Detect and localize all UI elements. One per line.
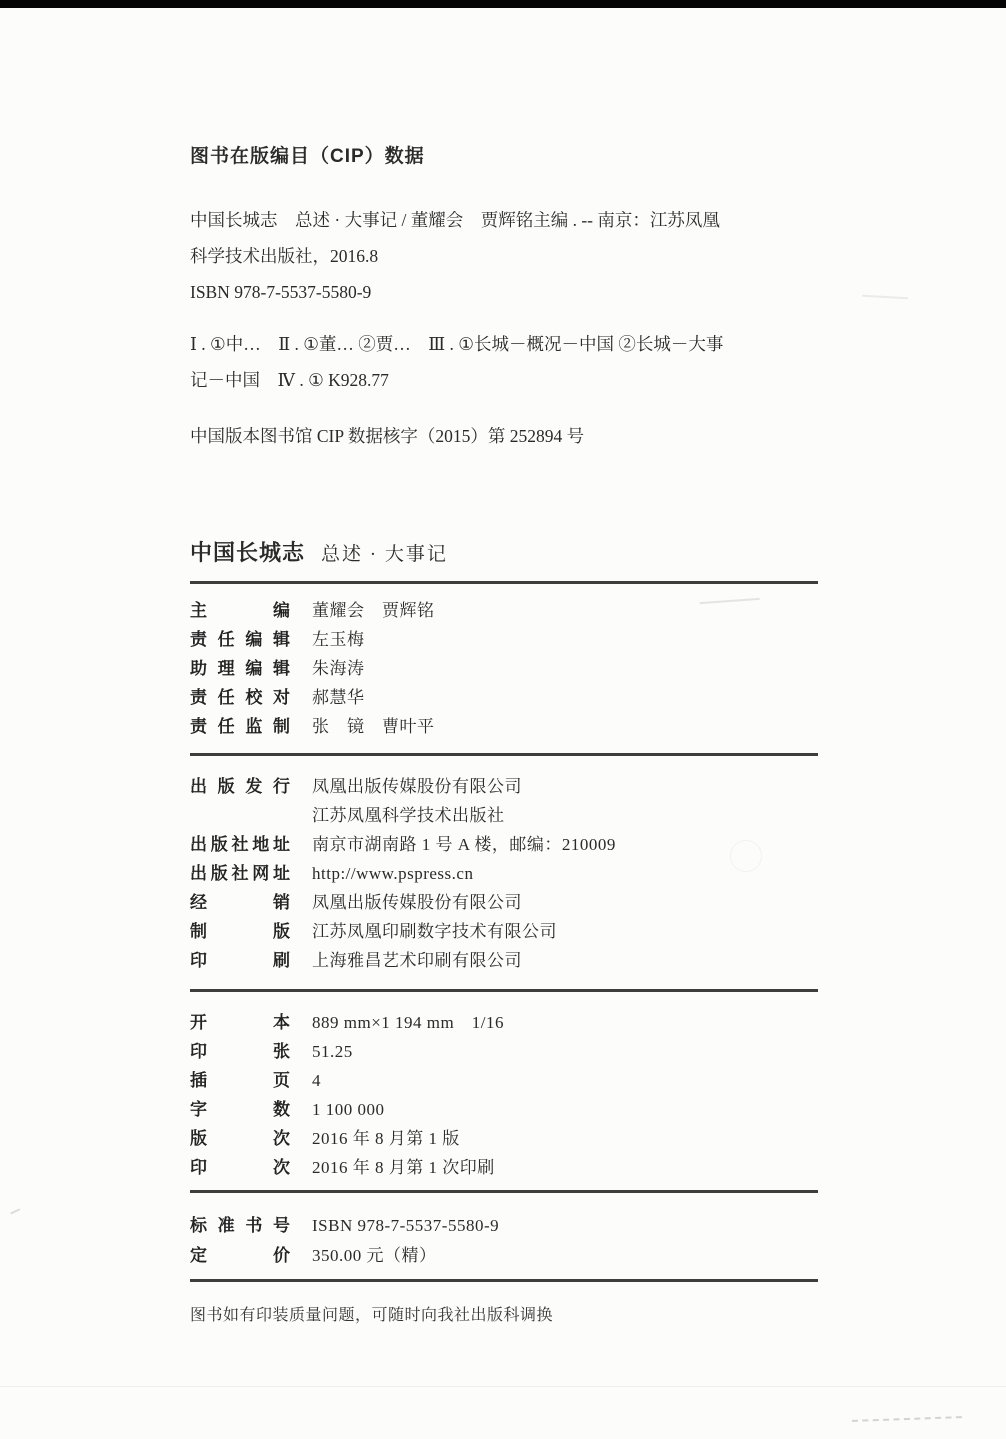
row-value: 2016 年 8 月第 1 次印刷 — [312, 1153, 495, 1182]
book-subtitle: 总述 · 大事记 — [321, 544, 448, 565]
cip-heading: 图书在版编目（CIP）数据 — [190, 141, 820, 168]
cip-description-line-2: 科学技术出版社，2016.8 — [190, 238, 820, 274]
row-label: 印次 — [190, 1153, 290, 1182]
row-value: 2016 年 8 月第 1 版 — [312, 1124, 460, 1153]
divider-rule — [190, 1279, 818, 1282]
row-value publisher-url: http://www.pspress.cn — [312, 859, 473, 888]
scan-artifact — [10, 1208, 23, 1221]
row-label: 标准书号 — [190, 1211, 290, 1241]
scan-artifact — [852, 1416, 962, 1427]
row-label: 经销 — [190, 888, 290, 917]
issue-row: 定价 350.00 元（精） — [190, 1241, 820, 1271]
row-value: 4 — [312, 1066, 321, 1095]
format-row: 印张 51.25 — [190, 1037, 820, 1066]
row-label: 字数 — [190, 1095, 290, 1124]
row-label: 出版发行 — [190, 772, 290, 801]
scan-artifact — [862, 295, 908, 305]
publisher-line-2: 江苏凤凰科学技术出版社 — [312, 801, 522, 830]
publishing-section: 出版发行 凤凰出版传媒股份有限公司 江苏凤凰科学技术出版社 出版社地址 南京市湖… — [190, 772, 820, 975]
publishing-row: 制版 江苏凤凰印刷数字技术有限公司 — [190, 917, 820, 946]
format-row: 插页 4 — [190, 1066, 820, 1095]
publishing-row: 印刷 上海雅昌艺术印刷有限公司 — [190, 946, 820, 975]
cip-classification-line-1: Ⅰ . ①中… Ⅱ . ①董… ②贾… Ⅲ . ①长城－概况－中国 ②长城－大事 — [190, 326, 820, 362]
issue-section: 标准书号 ISBN 978-7-5537-5580-9 定价 350.00 元（… — [190, 1211, 820, 1271]
row-value: ISBN 978-7-5537-5580-9 — [312, 1211, 499, 1241]
staff-row: 责任编辑 左玉梅 — [190, 625, 820, 654]
row-value: 董耀会 贾辉铭 — [312, 596, 435, 625]
row-value: 凤凰出版传媒股份有限公司 — [312, 888, 522, 917]
cip-classification-line-2: 记－中国 Ⅳ . ① K928.77 — [190, 362, 820, 398]
publishing-row: 出版发行 凤凰出版传媒股份有限公司 江苏凤凰科学技术出版社 — [190, 772, 820, 830]
staff-section: 主编 董耀会 贾辉铭 责任编辑 左玉梅 助理编辑 朱海涛 责任校对 郝慧华 责任… — [190, 596, 820, 741]
format-row: 字数 1 100 000 — [190, 1095, 820, 1124]
row-label: 助理编辑 — [190, 654, 290, 683]
divider-rule — [190, 581, 818, 584]
cip-classification: Ⅰ . ①中… Ⅱ . ①董… ②贾… Ⅲ . ①长城－概况－中国 ②长城－大事… — [190, 326, 820, 398]
row-value: 350.00 元（精） — [312, 1241, 437, 1271]
row-label: 印刷 — [190, 946, 290, 975]
cip-isbn-line: ISBN 978-7-5537-5580-9 — [190, 274, 820, 310]
row-label: 插页 — [190, 1066, 290, 1095]
publishing-row: 出版社地址 南京市湖南路 1 号 A 楼，邮编：210009 — [190, 830, 820, 859]
row-value: 1 100 000 — [312, 1095, 385, 1124]
row-value: 江苏凤凰印刷数字技术有限公司 — [312, 917, 557, 946]
row-label: 出版社地址 — [190, 830, 290, 859]
row-value: 张 镜 曹叶平 — [312, 712, 435, 741]
row-value: 左玉梅 — [312, 625, 365, 654]
cip-record: 中国版本图书馆 CIP 数据核字（2015）第 252894 号 — [190, 418, 820, 454]
divider-rule — [190, 1190, 818, 1193]
divider-rule — [190, 753, 818, 756]
row-label: 责任校对 — [190, 683, 290, 712]
format-row: 印次 2016 年 8 月第 1 次印刷 — [190, 1153, 820, 1182]
staff-row: 责任校对 郝慧华 — [190, 683, 820, 712]
row-value: 郝慧华 — [312, 683, 365, 712]
format-section: 开本 889 mm×1 194 mm 1/16 印张 51.25 插页 4 字数… — [190, 1008, 820, 1182]
staff-row: 主编 董耀会 贾辉铭 — [190, 596, 820, 625]
row-label: 定价 — [190, 1241, 290, 1271]
staff-row: 责任监制 张 镜 曹叶平 — [190, 712, 820, 741]
row-value: 上海雅昌艺术印刷有限公司 — [312, 946, 522, 975]
format-row: 开本 889 mm×1 194 mm 1/16 — [190, 1008, 820, 1037]
row-value: 朱海涛 — [312, 654, 365, 683]
book-title: 中国长城志 — [190, 540, 305, 565]
row-label: 出版社网址 — [190, 859, 290, 888]
staff-row: 助理编辑 朱海涛 — [190, 654, 820, 683]
publisher-line-1: 凤凰出版传媒股份有限公司 — [312, 772, 522, 801]
row-label: 版次 — [190, 1124, 290, 1153]
row-value: 凤凰出版传媒股份有限公司 江苏凤凰科学技术出版社 — [312, 772, 522, 830]
row-value: 南京市湖南路 1 号 A 楼，邮编：210009 — [312, 830, 616, 859]
row-label: 印张 — [190, 1037, 290, 1066]
format-row: 版次 2016 年 8 月第 1 版 — [190, 1124, 820, 1153]
row-value: 51.25 — [312, 1037, 353, 1066]
cip-description: 中国长城志 总述 · 大事记 / 董耀会 贾辉铭主编 . -- 南京：江苏凤凰 … — [190, 202, 820, 310]
row-label: 责任监制 — [190, 712, 290, 741]
book-title-block: 中国长城志总述 · 大事记 — [190, 538, 820, 571]
issue-row: 标准书号 ISBN 978-7-5537-5580-9 — [190, 1211, 820, 1241]
page-content: 图书在版编目（CIP）数据 中国长城志 总述 · 大事记 / 董耀会 贾辉铭主编… — [190, 0, 820, 1325]
publishing-row: 经销 凤凰出版传媒股份有限公司 — [190, 888, 820, 917]
row-label: 开本 — [190, 1008, 290, 1037]
row-label: 主编 — [190, 596, 290, 625]
scan-artifact — [0, 1386, 1006, 1387]
cip-description-line-1: 中国长城志 总述 · 大事记 / 董耀会 贾辉铭主编 . -- 南京：江苏凤凰 — [190, 202, 820, 238]
publishing-row: 出版社网址 http://www.pspress.cn — [190, 859, 820, 888]
row-label: 责任编辑 — [190, 625, 290, 654]
scanned-copyright-page: { "cip": { "heading": "图书在版编目（CIP）数据", "… — [0, 0, 1006, 1439]
row-label: 制版 — [190, 917, 290, 946]
quality-exchange-note: 图书如有印装质量问题，可随时向我社出版科调换 — [190, 1302, 820, 1325]
row-value: 889 mm×1 194 mm 1/16 — [312, 1008, 504, 1037]
divider-rule — [190, 989, 818, 992]
